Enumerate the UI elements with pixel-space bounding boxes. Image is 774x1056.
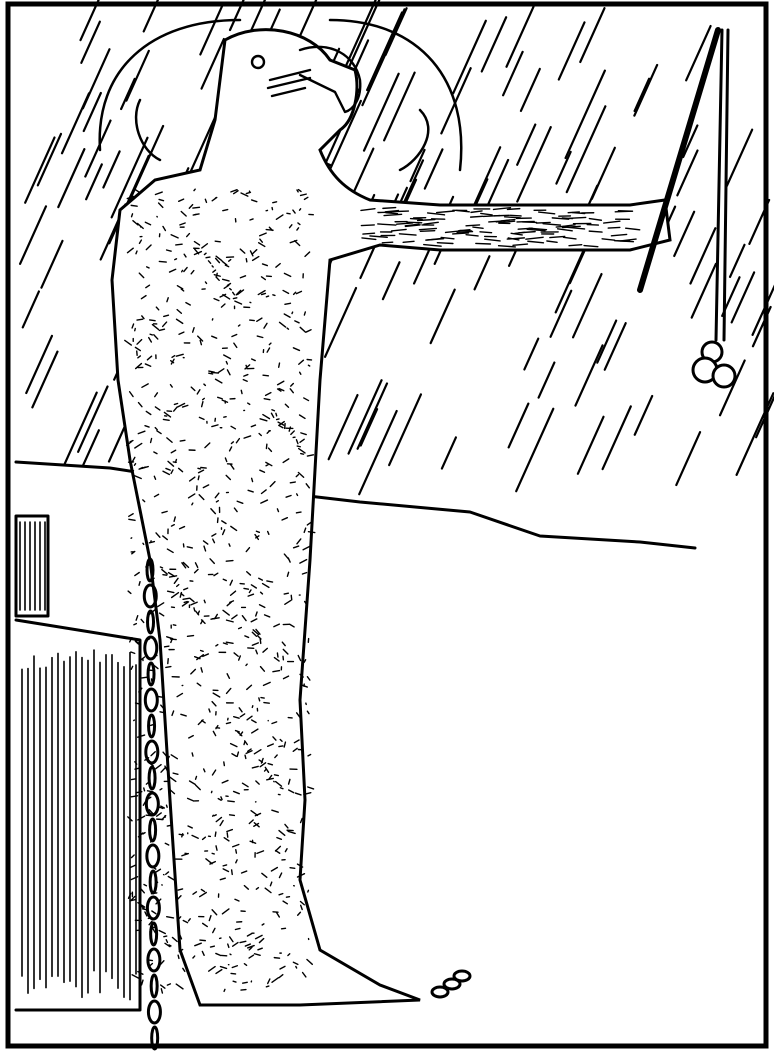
- eye: [252, 56, 264, 68]
- engraving-illustration: [0, 0, 774, 1056]
- weight: [713, 365, 735, 387]
